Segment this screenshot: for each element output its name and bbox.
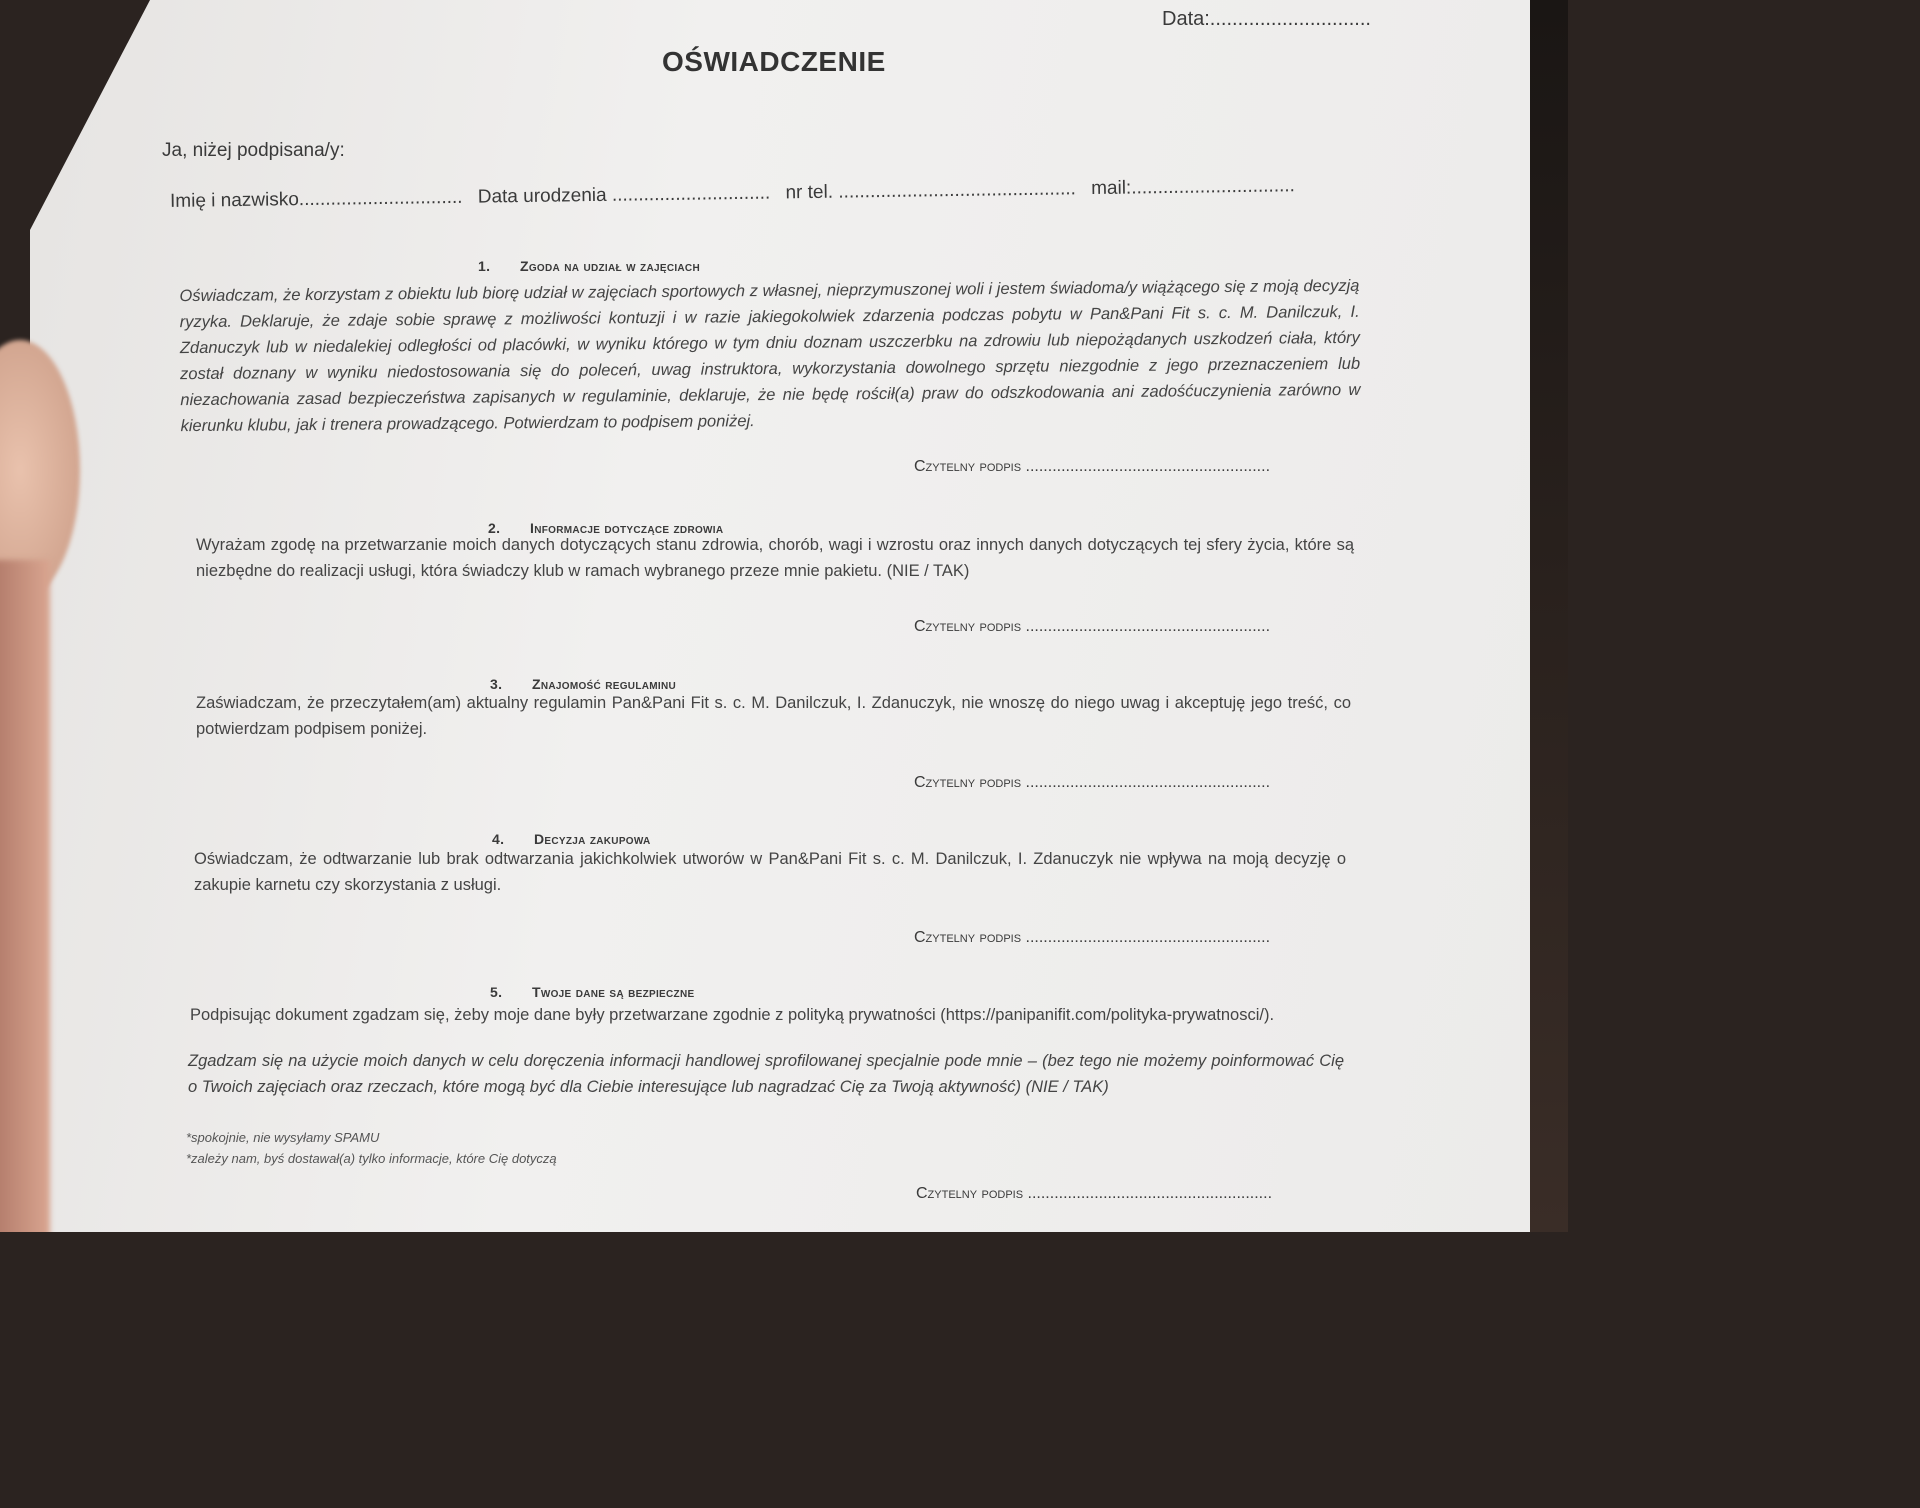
section-1-heading: 1.Zgoda na udział w zajęciach	[478, 258, 700, 274]
section-3-signature: Czytelny podpis ........................…	[914, 774, 1270, 792]
email-field: mail:...............................	[1091, 175, 1295, 199]
section-2-signature: Czytelny podpis ........................…	[914, 618, 1270, 636]
section-3-text: Zaświadczam, że przeczytałem(am) aktualn…	[196, 690, 1351, 742]
name-field: Imię i nazwisko.........................…	[170, 187, 463, 212]
section-5-text-2: Zgadzam się na użycie moich danych w cel…	[188, 1048, 1344, 1100]
section-4-text: Oświadczam, że odtwarzanie lub brak odtw…	[194, 846, 1346, 898]
document-page: Data:............................. OŚWIA…	[30, 0, 1530, 1232]
section-5-text: Podpisując dokument zgadzam się, żeby mo…	[190, 1002, 1344, 1028]
intro-label: Ja, niżej podpisana/y:	[162, 140, 345, 162]
hand	[0, 560, 50, 1232]
document-title: OŚWIADCZENIE	[662, 46, 886, 78]
date-field: Data:.............................	[1162, 8, 1371, 31]
section-5-signature: Czytelny podpis ........................…	[916, 1185, 1272, 1203]
personal-fields: Imię i nazwisko.........................…	[170, 175, 1305, 213]
section-5-heading: 5.Twoje dane są bezpieczne	[490, 984, 694, 1000]
section-1-signature: Czytelny podpis ........................…	[914, 458, 1270, 476]
note-1: *spokojnie, nie wysyłamy SPAMU	[186, 1130, 379, 1145]
note-2: *zależy nam, byś dostawał(a) tylko infor…	[186, 1151, 557, 1166]
section-1-text: Oświadczam, że korzystam z obiektu lub b…	[179, 273, 1360, 439]
section-4-heading: 4.Decyzja zakupowa	[492, 831, 651, 847]
section-2-text: Wyrażam zgodę na przetwarzanie moich dan…	[196, 532, 1354, 584]
birthdate-field: Data urodzenia .........................…	[478, 183, 771, 208]
phone-field: nr tel. ................................…	[785, 178, 1076, 203]
section-4-signature: Czytelny podpis ........................…	[914, 929, 1270, 947]
